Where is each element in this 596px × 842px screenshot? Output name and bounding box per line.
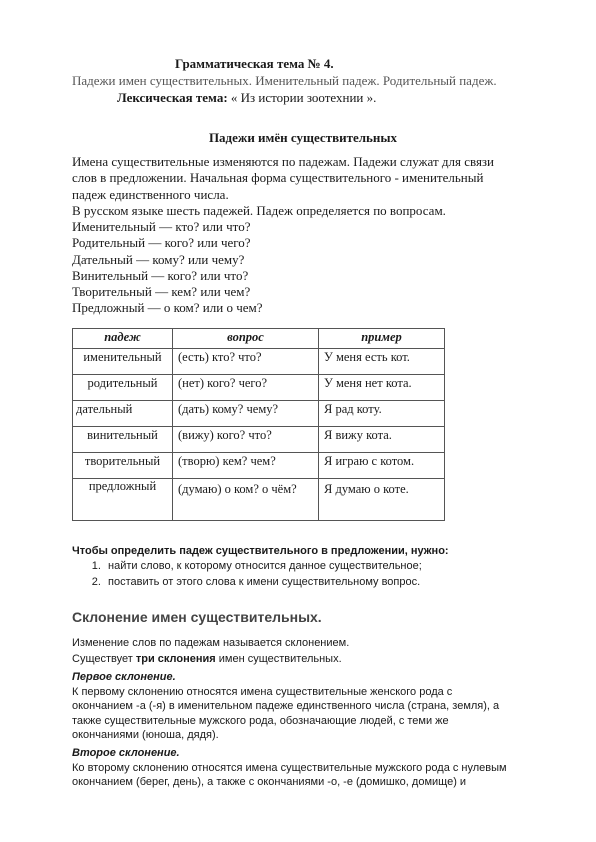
lexical-topic-value: « Из истории зоотехнии ».	[228, 90, 377, 105]
paragraph-line: окончанием -а (-я) в именительном падеже…	[72, 699, 499, 713]
case-question: Винительный — кого? или что?	[72, 268, 263, 284]
case-cell: творительный	[73, 453, 173, 479]
first-declension-text: К первому склонению относятся имена суще…	[72, 685, 499, 742]
case-cell: винительный	[73, 427, 173, 453]
case-questions-list: Именительный — кто? или что? Родительный…	[72, 219, 263, 317]
case-question: Дательный — кому? или чему?	[72, 252, 263, 268]
question-cell: (есть) кто? что?	[173, 349, 319, 375]
rule-step: поставить от этого слова к имени существ…	[104, 574, 422, 590]
table-header-row: падеж вопрос пример	[73, 329, 445, 349]
case-question: Творительный — кем? или чем?	[72, 284, 263, 300]
paragraph-line: окончанием (берег, день), а также с окон…	[72, 775, 507, 789]
case-cell: предложный	[73, 479, 173, 521]
question-cell: (дать) кому? чему?	[173, 401, 319, 427]
case-question: Именительный — кто? или что?	[72, 219, 263, 235]
intro-line: падеж единственного числа.	[72, 187, 494, 203]
second-declension-text: Ко второму склонению относятся имена сущ…	[72, 761, 507, 790]
three-declensions-emphasis: три склонения	[136, 653, 216, 665]
table-row: винительный (вижу) кого? что? Я вижу кот…	[73, 427, 445, 453]
intro-line: слов в предложении. Начальная форма суще…	[72, 170, 494, 186]
intro-line: В русском языке шесть падежей. Падеж опр…	[72, 203, 494, 219]
column-header-question: вопрос	[173, 329, 319, 349]
second-declension-heading: Второе склонение.	[72, 747, 180, 759]
declension-heading: Склонение имен существительных.	[72, 609, 322, 625]
question-cell: (вижу) кого? что?	[173, 427, 319, 453]
declension-intro: Изменение слов по падежам называется скл…	[72, 636, 349, 667]
question-cell: (думаю) о ком? о чём?	[173, 479, 319, 521]
grammar-topic-title: Грамматическая тема № 4.	[175, 56, 334, 72]
example-cell: Я играю с котом.	[319, 453, 445, 479]
rule-steps-list: найти слово, к которому относится данное…	[72, 558, 422, 590]
paragraph-line: Ко второму склонению относятся имена сущ…	[72, 761, 507, 775]
paragraph-line: также существительные мужского рода, обо…	[72, 714, 499, 728]
paragraph-line: К первому склонению относятся имена суще…	[72, 685, 499, 699]
table-row: предложный (думаю) о ком? о чём? Я думаю…	[73, 479, 445, 521]
question-cell: (нет) кого? чего?	[173, 375, 319, 401]
case-question: Предложный — о ком? или о чем?	[72, 300, 263, 316]
table-row: родительный (нет) кого? чего? У меня нет…	[73, 375, 445, 401]
text-fragment: Существует	[72, 653, 136, 665]
case-cell: родительный	[73, 375, 173, 401]
grammar-topic-subtitle: Падежи имен существительных. Именительны…	[72, 73, 497, 89]
example-cell: У меня нет кота.	[319, 375, 445, 401]
table-row: дательный (дать) кому? чему? Я рад коту.	[73, 401, 445, 427]
declension-intro-line: Существует три склонения имен существите…	[72, 652, 349, 668]
lexical-topic-label: Лексическая тема:	[117, 90, 228, 105]
cases-table: падеж вопрос пример именительный (есть) …	[72, 328, 445, 521]
table-row: именительный (есть) кто? что? У меня ест…	[73, 349, 445, 375]
example-cell: У меня есть кот.	[319, 349, 445, 375]
case-question: Родительный — кого? или чего?	[72, 235, 263, 251]
rule-title: Чтобы определить падеж существительного …	[72, 545, 449, 557]
first-declension-heading: Первое склонение.	[72, 671, 176, 683]
lexical-topic: Лексическая тема: « Из истории зоотехнии…	[117, 90, 376, 106]
paragraph-line: окончаниями (юноша, дядя).	[72, 728, 499, 742]
rule-step: найти слово, к которому относится данное…	[104, 558, 422, 574]
question-cell: (творю) кем? чем?	[173, 453, 319, 479]
example-cell: Я вижу кота.	[319, 427, 445, 453]
text-fragment: имен существительных.	[216, 653, 342, 665]
example-cell: Я думаю о коте.	[319, 479, 445, 521]
case-cell: дательный	[73, 401, 173, 427]
intro-line: Имена существительные изменяются по паде…	[72, 154, 494, 170]
case-cell: именительный	[73, 349, 173, 375]
column-header-case: падеж	[73, 329, 173, 349]
declension-intro-line: Изменение слов по падежам называется скл…	[72, 636, 349, 652]
intro-paragraph: Имена существительные изменяются по паде…	[72, 154, 494, 219]
table-row: творительный (творю) кем? чем? Я играю с…	[73, 453, 445, 479]
column-header-example: пример	[319, 329, 445, 349]
example-cell: Я рад коту.	[319, 401, 445, 427]
section-title: Падежи имён существительных	[0, 130, 596, 146]
